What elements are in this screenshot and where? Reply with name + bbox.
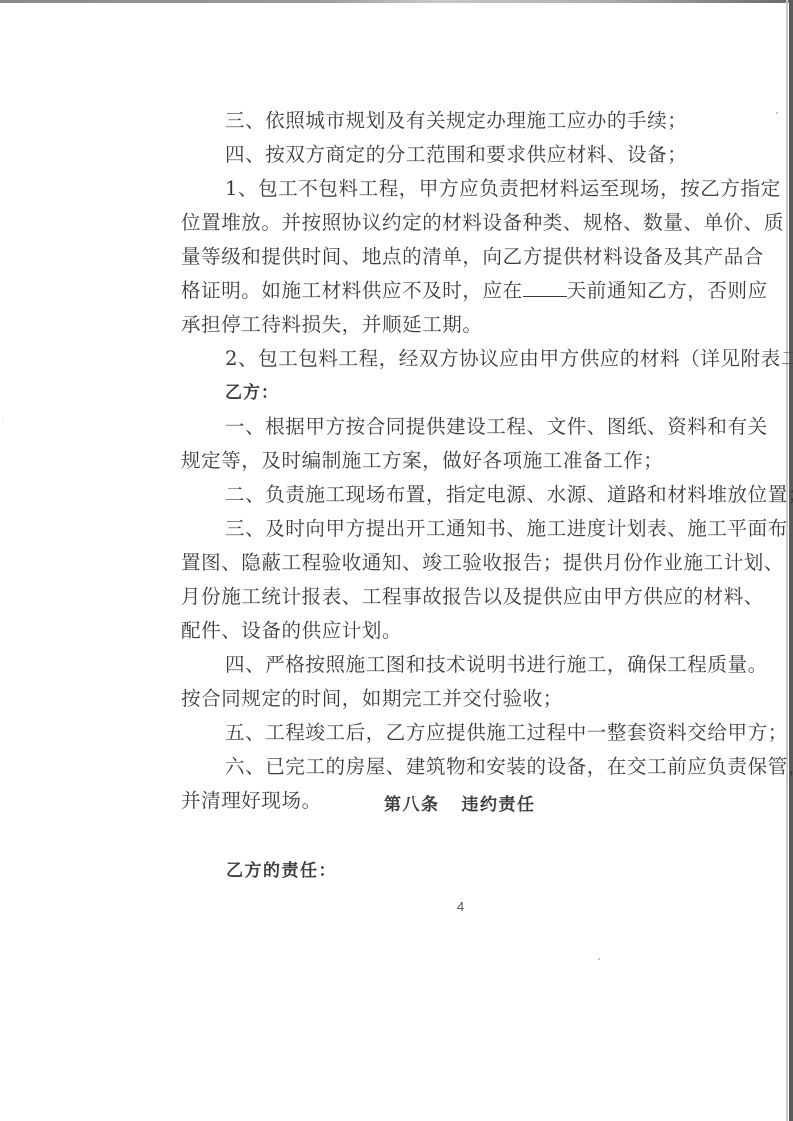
party-b-responsibility-heading: 乙方的责任：	[226, 856, 337, 881]
scan-top-edge	[0, 0, 793, 3]
scan-right-edge-shadow	[786, 0, 788, 1121]
paragraph-line: 格证明。如施工材料供应不及时，应在天前通知乙方，否则应	[181, 278, 768, 304]
paragraph-line: 位置堆放。并按照协议约定的材料设备种类、规格、数量、单价、质	[181, 210, 784, 236]
stray-dot	[598, 958, 600, 960]
paragraph-line: 量等级和提供时间、地点的清单，向乙方提供材料设备及其产品合	[181, 244, 764, 270]
paragraph-line: 三、及时向甲方提出开工通知书、施工进度计划表、施工平面布	[225, 516, 788, 542]
paragraph-line: 二、负责施工现场布置，指定电源、水源、道路和材料堆放位置；	[225, 482, 793, 508]
article-heading: 第八条违约责任	[384, 790, 536, 815]
text-after-blank: 天前通知乙方，否则应	[567, 279, 768, 302]
paragraph-line: 六、已完工的房屋、建筑物和安装的设备，在交工前应负责保管，	[225, 754, 793, 780]
stray-dot	[776, 112, 778, 114]
party-b-label: 乙方：	[225, 380, 279, 406]
paragraph-line: 按合同规定的时间，如期完工并交付验收；	[181, 686, 563, 712]
paragraph-line: 五、工程竣工后，乙方应提供施工过程中一整套资料交给甲方；	[225, 720, 788, 746]
paragraph-line: 1、包工不包料工程，甲方应负责把材料运至现场，按乙方指定	[225, 176, 781, 202]
text-before-blank: 格证明。如施工材料供应不及时，应在	[181, 279, 523, 302]
margin-speck: ˸	[2, 418, 5, 426]
paragraph-line: 三、依照城市规划及有关规定办理施工应办的手续；	[225, 108, 687, 134]
paragraph-line: 置图、隐蔽工程验收通知、竣工验收报告；提供月份作业施工计划、	[181, 550, 784, 576]
scan-right-edge	[789, 0, 793, 1121]
paragraph-line: 四、严格按照施工图和技术说明书进行施工，确保工程质量。	[225, 652, 768, 678]
article-title: 违约责任	[462, 795, 536, 815]
article-number: 第八条	[384, 795, 440, 815]
paragraph-line: 承担停工待料损失，并顺延工期。	[181, 312, 483, 338]
page-number: 4	[457, 899, 464, 914]
paragraph-line: 2、包工包料工程，经双方协议应由甲方供应的材料（详见附表二）。	[225, 346, 793, 372]
paragraph-line: 并清理好现场。	[181, 788, 322, 814]
fill-in-blank-days	[523, 278, 567, 297]
paragraph-line: 配件、设备的供应计划。	[181, 618, 402, 644]
paragraph-line: 月份施工统计报表、工程事故报告以及提供应由甲方供应的材料、	[181, 584, 764, 610]
paragraph-line: 一、根据甲方按合同提供建设工程、文件、图纸、资料和有关	[225, 414, 768, 440]
paragraph-line: 四、按双方商定的分工范围和要求供应材料、设备；	[225, 142, 687, 168]
paragraph-line: 规定等，及时编制施工方案，做好各项施工准备工作；	[181, 448, 663, 474]
